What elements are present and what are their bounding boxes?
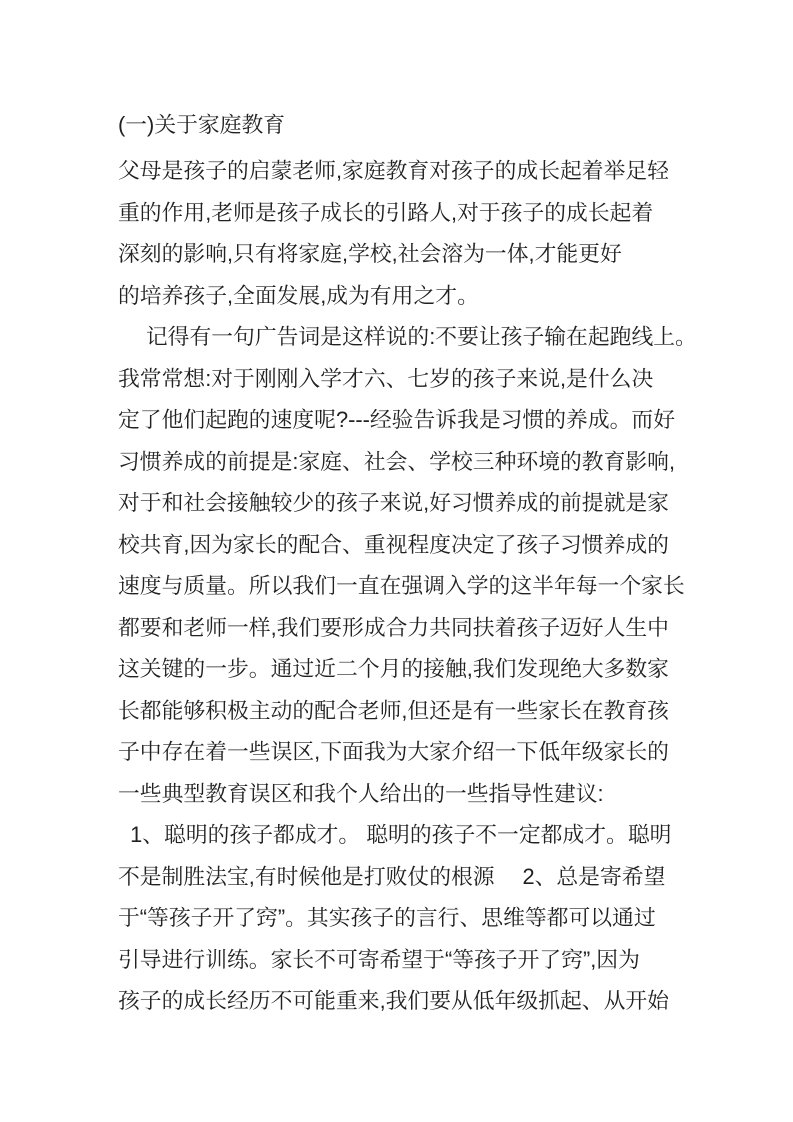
text-line: 都要和老师一样,我们要形成合力共同扶着孩子迈好人生中	[118, 607, 718, 649]
text-line: 不是制胜法宝,有时候他是打败仗的根源 2、总是寄希望	[118, 856, 718, 898]
text-line: 深刻的影响,只有将家庭,学校,社会溶为一体,才能更好	[118, 233, 718, 275]
text-line: 引导进行训练。家长不可寄希望于“等孩子开了窍”,因为	[118, 939, 718, 981]
paragraph: 记得有一句广告词是这样说的:不要让孩子输在起跑线上。我常常想:对于刚刚入学才六、…	[118, 316, 718, 814]
document-page: (一)关于家庭教育 父母是孩子的启蒙老师,家庭教育对孩子的成长起着举足轻重的作用…	[0, 0, 793, 1122]
document-paragraphs: 父母是孩子的启蒙老师,家庭教育对孩子的成长起着举足轻重的作用,老师是孩子成长的引…	[118, 150, 718, 1022]
document-content: (一)关于家庭教育 父母是孩子的启蒙老师,家庭教育对孩子的成长起着举足轻重的作用…	[118, 104, 718, 1022]
text-line: 于“等孩子开了窍”。其实孩子的言行、思维等都可以通过	[118, 897, 718, 939]
text-line: 长都能够积极主动的配合老师,但还是有一些家长在教育孩	[118, 690, 718, 732]
text-line: 校共育,因为家长的配合、重视程度决定了孩子习惯养成的	[118, 524, 718, 566]
text-line: 对于和社会接触较少的孩子来说,好习惯养成的前提就是家	[118, 482, 718, 524]
text-line: 一些典型教育误区和我个人给出的一些指导性建议:	[118, 773, 718, 815]
text-line: 1、聪明的孩子都成才。 聪明的孩子不一定都成才。聪明	[118, 814, 718, 856]
text-line: 子中存在着一些误区,下面我为大家介绍一下低年级家长的	[118, 731, 718, 773]
text-line: 我常常想:对于刚刚入学才六、七岁的孩子来说,是什么决	[118, 358, 718, 400]
document-heading: (一)关于家庭教育	[118, 104, 718, 146]
text-line: 定了他们起跑的速度呢?---经验告诉我是习惯的养成。而好	[118, 399, 718, 441]
text-line: 速度与质量。所以我们一直在强调入学的这半年每一个家长	[118, 565, 718, 607]
text-line: 记得有一句广告词是这样说的:不要让孩子输在起跑线上。	[118, 316, 718, 358]
text-line: 习惯养成的前提是:家庭、社会、学校三种环境的教育影响,	[118, 441, 718, 483]
text-line: 这关键的一步。通过近二个月的接触,我们发现绝大多数家	[118, 648, 718, 690]
text-line: 父母是孩子的启蒙老师,家庭教育对孩子的成长起着举足轻	[118, 150, 718, 192]
text-line: 孩子的成长经历不可能重来,我们要从低年级抓起、从开始	[118, 980, 718, 1022]
paragraph: 1、聪明的孩子都成才。 聪明的孩子不一定都成才。聪明不是制胜法宝,有时候他是打败…	[118, 814, 718, 1022]
text-line: 重的作用,老师是孩子成长的引路人,对于孩子的成长起着	[118, 192, 718, 234]
text-line: 的培养孩子,全面发展,成为有用之才。	[118, 275, 718, 317]
paragraph: 父母是孩子的启蒙老师,家庭教育对孩子的成长起着举足轻重的作用,老师是孩子成长的引…	[118, 150, 718, 316]
